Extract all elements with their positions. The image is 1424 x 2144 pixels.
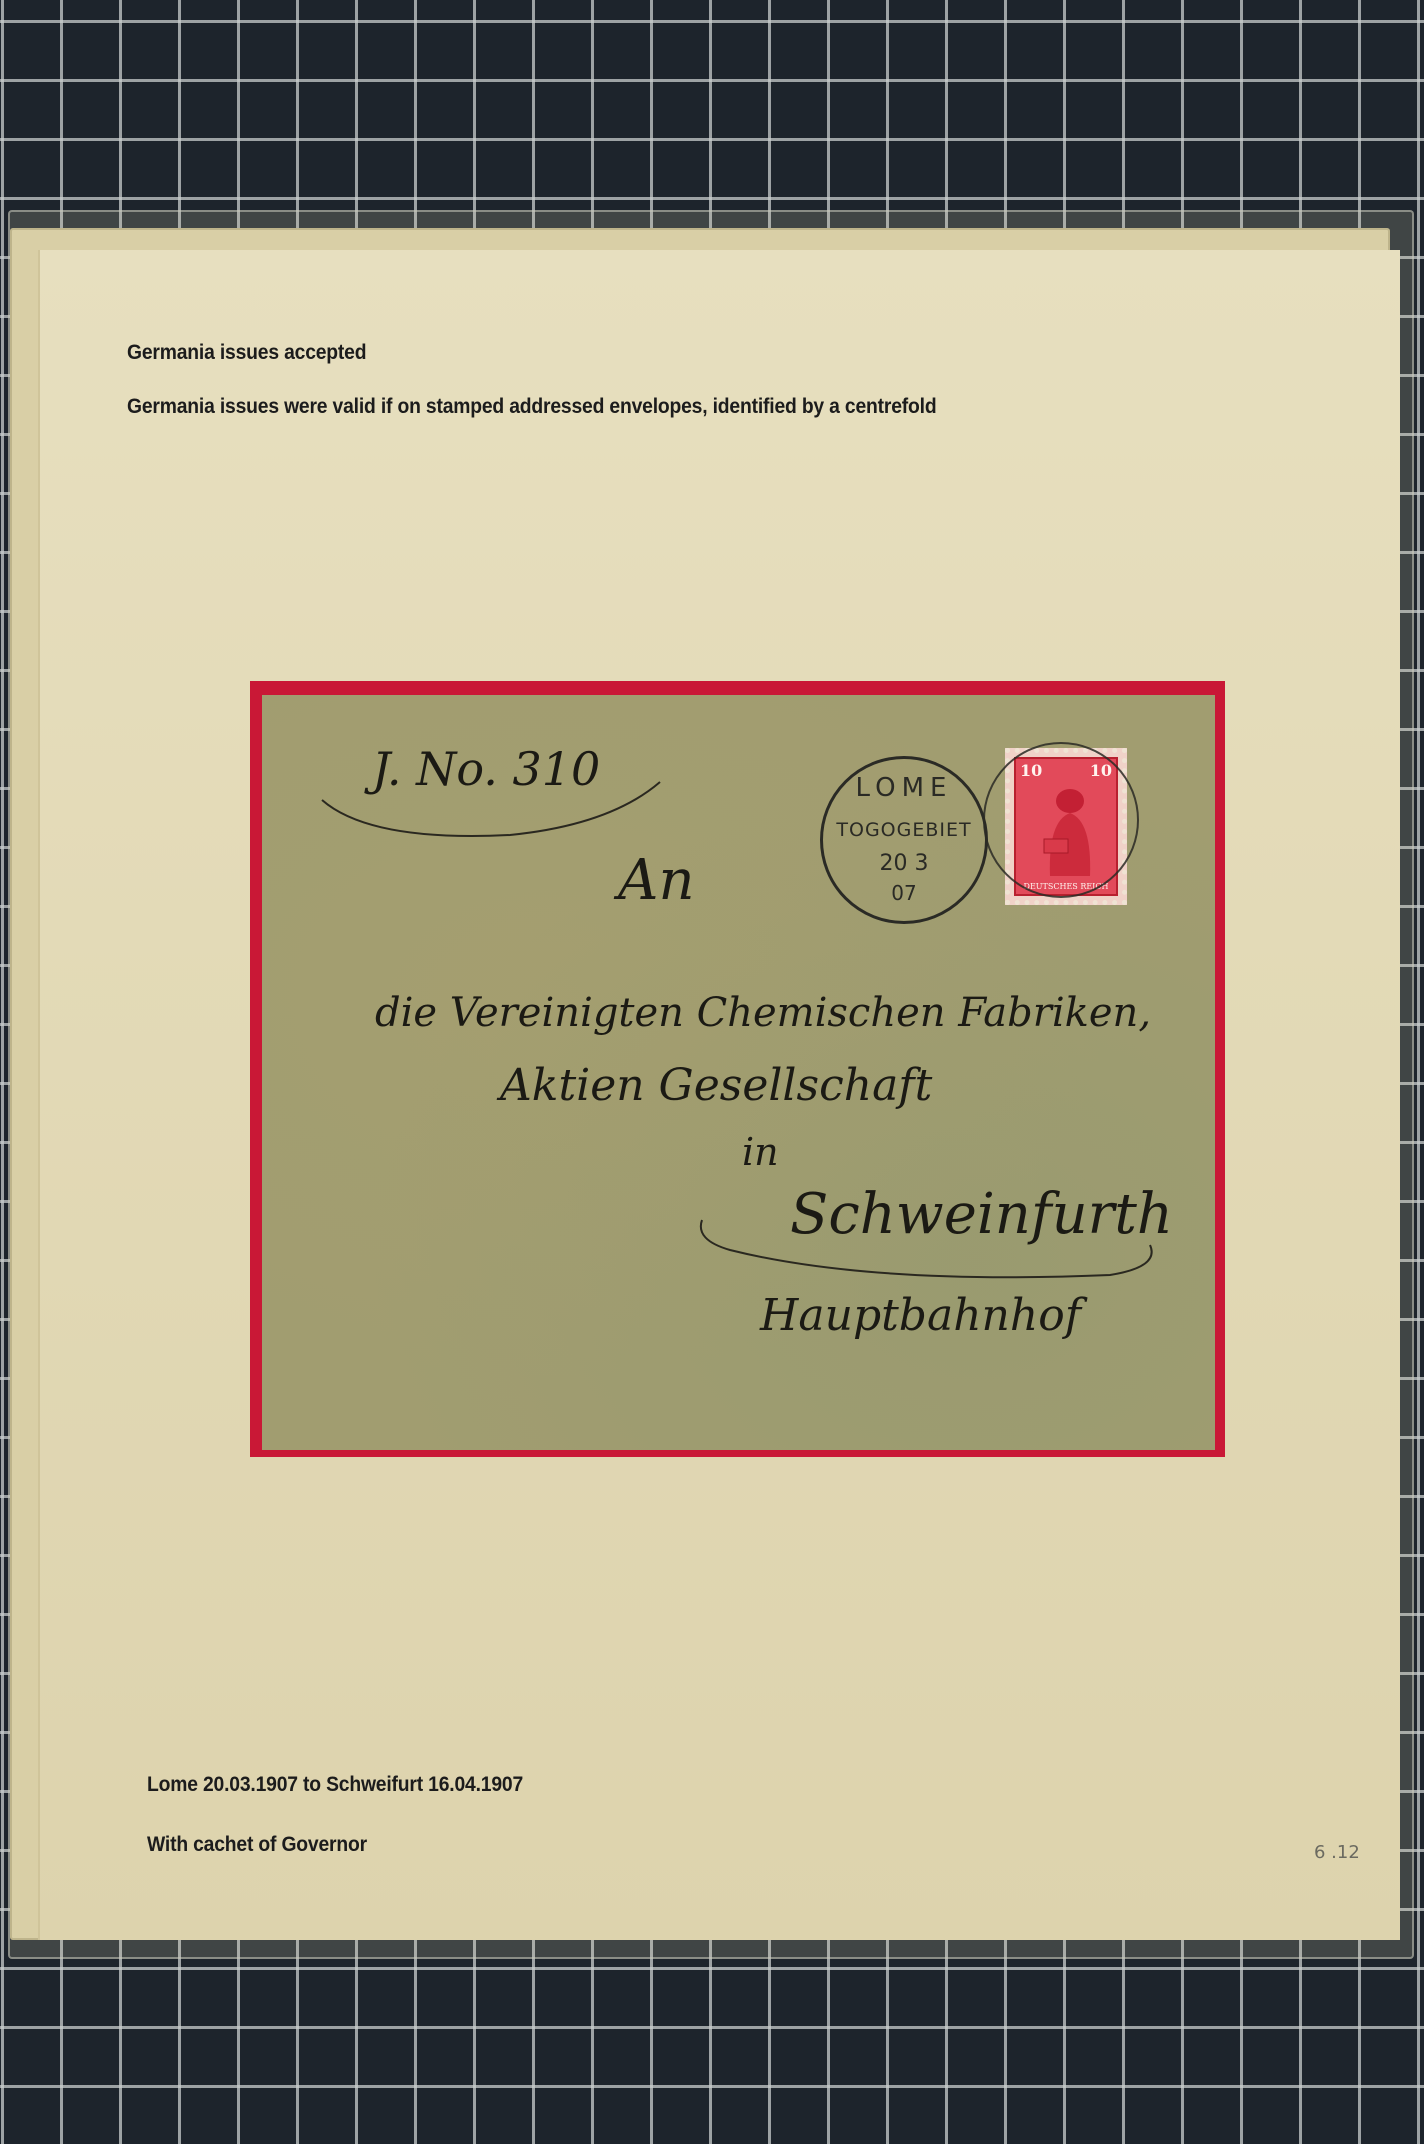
- reference-underline-flourish: [310, 780, 670, 840]
- postmark-town: LOME: [823, 773, 985, 803]
- caption-route: Lome 20.03.1907 to Schweifurt 16.04.1907: [147, 1773, 523, 1797]
- postmark-date: 20 3: [823, 851, 985, 876]
- postmark-on-stamp: [983, 742, 1139, 898]
- caption-note: With cachet of Governor: [147, 1833, 367, 1857]
- postmark-year: 07: [823, 881, 985, 905]
- page-subheading: Germania issues were valid if on stamped…: [127, 395, 936, 419]
- address-line-1: die Vereinigten Chemischen Fabriken,: [375, 990, 1151, 1036]
- page-heading: Germania issues accepted: [127, 341, 366, 365]
- postmark-lome: LOME TOGOGEBIET 20 3 07: [820, 756, 988, 924]
- envelope-salutation: An: [618, 848, 695, 913]
- address-line-2: Aktien Gesellschaft: [500, 1060, 932, 1111]
- page-number-annotation: 6 .12: [1314, 1842, 1360, 1863]
- postmark-region: TOGOGEBIET: [823, 819, 985, 841]
- address-line-3: in: [742, 1130, 779, 1174]
- address-underline-flourish: [690, 1205, 1170, 1295]
- address-line-5: Hauptbahnhof: [760, 1290, 1081, 1341]
